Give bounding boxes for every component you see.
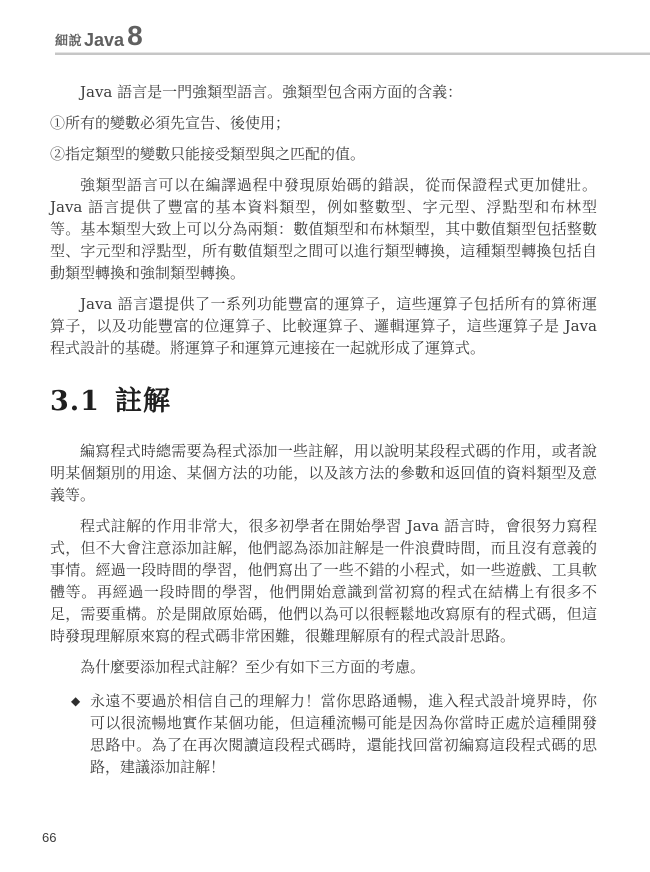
book-title-latin: Java: [84, 31, 124, 50]
section-number: 3.1: [50, 386, 100, 417]
paragraph-why-comment: 為什麼要添加程式註解？至少有如下三方面的考慮。: [50, 656, 597, 678]
paragraph-beginners: 程式註解的作用非常大，很多初學者在開始學習 Java 語言時，會很努力寫程式，但…: [50, 515, 597, 647]
list-item-2: ②指定類型的變數只能接受類型與之匹配的值。: [50, 143, 597, 165]
paragraph-operators: Java 語言還提供了一系列功能豐富的運算子，這些運算子包括所有的算術運算子，以…: [50, 293, 597, 359]
section-title: 註解: [115, 386, 171, 417]
book-title-logo: 細說 Java 8: [55, 24, 650, 50]
book-page: 細說 Java 8 Java 語言是一門強類型語言。強類型包含兩方面的含義： ①…: [0, 0, 650, 872]
paragraph-intro: Java 語言是一門強類型語言。強類型包含兩方面的含義：: [50, 81, 597, 103]
paragraph-datatypes: 強類型語言可以在編譯過程中發現原始碼的錯誤，從而保證程式更加健壯。Java 語言…: [50, 174, 597, 284]
page-header: 細說 Java 8: [0, 0, 650, 55]
book-title-cjk: 細說: [55, 34, 82, 50]
paragraph-comment-purpose: 編寫程式時總需要為程式添加一些註解，用以說明某段程式碼的作用，或者說明某個類別的…: [50, 440, 597, 506]
diamond-bullet-icon: ◆: [71, 690, 90, 778]
page-number: 66: [42, 830, 56, 845]
section-heading: 3.1註解: [50, 386, 597, 418]
book-title-number: 8: [127, 22, 143, 50]
bullet-item: ◆ 永遠不要過於相信自己的理解力！當你思路通暢，進入程式設計境界時，你可以很流暢…: [50, 690, 597, 778]
bullet-text: 永遠不要過於相信自己的理解力！當你思路通暢，進入程式設計境界時，你可以很流暢地實…: [90, 690, 597, 778]
list-item-1: ①所有的變數必須先宣告、後使用；: [50, 112, 597, 134]
page-content: Java 語言是一門強類型語言。強類型包含兩方面的含義： ①所有的變數必須先宣告…: [0, 55, 650, 778]
